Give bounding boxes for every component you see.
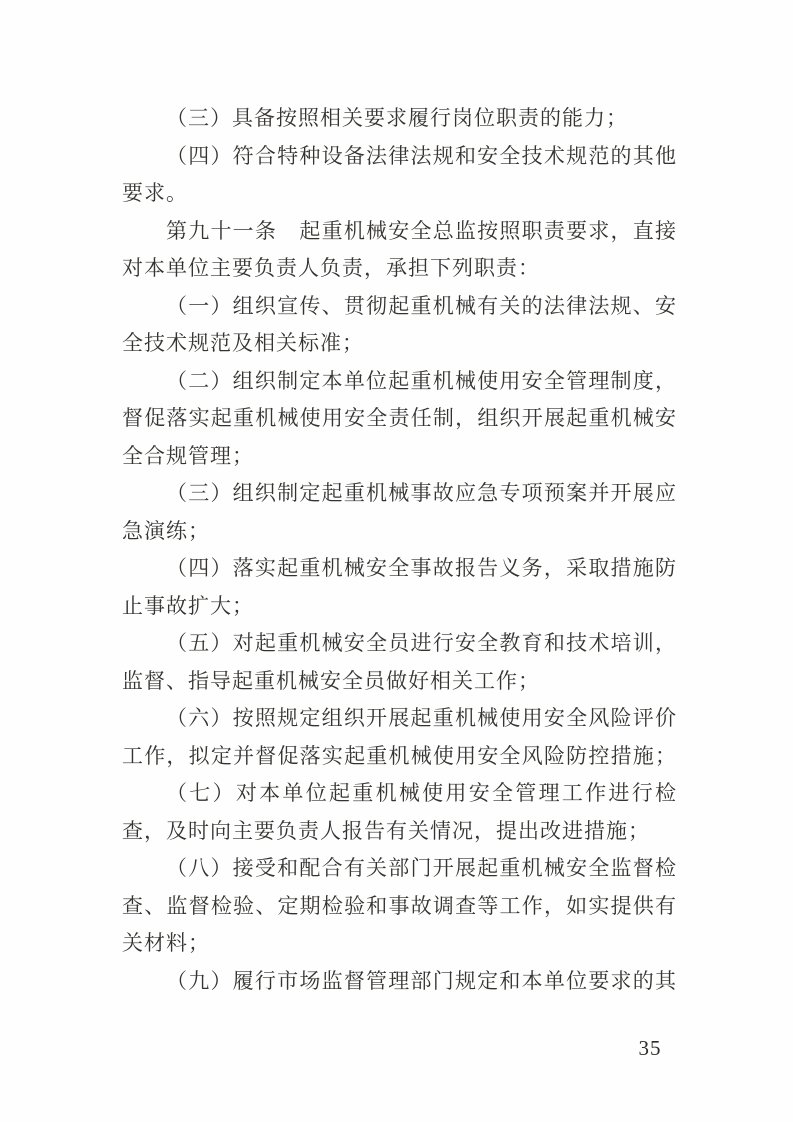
- text-line: （五）对起重机械安全员进行安全教育和技术培训，: [122, 625, 676, 663]
- page-number: 35: [630, 1036, 670, 1061]
- text-line: （一）组织宣传、贯彻起重机械有关的法律法规、安: [122, 288, 676, 326]
- text-line: 工作，拟定并督促落实起重机械使用安全风险防控措施；: [122, 738, 676, 776]
- text-line: 急演练；: [122, 513, 676, 551]
- text-line: （三）组织制定起重机械事故应急专项预案并开展应: [122, 475, 676, 513]
- text-line: 查、监督检验、定期检验和事故调查等工作，如实提供有: [122, 888, 676, 926]
- text-line: （八）接受和配合有关部门开展起重机械安全监督检: [122, 850, 676, 888]
- text-line: 监督、指导起重机械安全员做好相关工作；: [122, 663, 676, 701]
- text-line: （二）组织制定本单位起重机械使用安全管理制度，: [122, 363, 676, 401]
- text-line: （七）对本单位起重机械使用安全管理工作进行检: [122, 775, 676, 813]
- text-line: （三）具备按照相关要求履行岗位职责的能力；: [122, 100, 676, 138]
- text-line: 全技术规范及相关标准；: [122, 325, 676, 363]
- text-line: 查，及时向主要负责人报告有关情况，提出改进措施；: [122, 813, 676, 851]
- text-line: 第九十一条 起重机械安全总监按照职责要求，直接: [122, 213, 676, 251]
- text-line: （四）符合特种设备法律法规和安全技术规范的其他: [122, 138, 676, 176]
- text-line: 督促落实起重机械使用安全责任制，组织开展起重机械安: [122, 400, 676, 438]
- text-line: 止事故扩大；: [122, 588, 676, 626]
- text-line: 全合规管理；: [122, 438, 676, 476]
- text-line: （六）按照规定组织开展起重机械使用安全风险评价: [122, 700, 676, 738]
- text-line: 对本单位主要负责人负责，承担下列职责：: [122, 250, 676, 288]
- text-line: （四）落实起重机械安全事故报告义务，采取措施防: [122, 550, 676, 588]
- text-line: 要求。: [122, 175, 676, 213]
- text-content: （三）具备按照相关要求履行岗位职责的能力；（四）符合特种设备法律法规和安全技术规…: [122, 100, 676, 1000]
- text-line: （九）履行市场监督管理部门规定和本单位要求的其: [122, 963, 676, 1001]
- document-page: （三）具备按照相关要求履行岗位职责的能力；（四）符合特种设备法律法规和安全技术规…: [0, 0, 793, 1122]
- text-line: 关材料；: [122, 925, 676, 963]
